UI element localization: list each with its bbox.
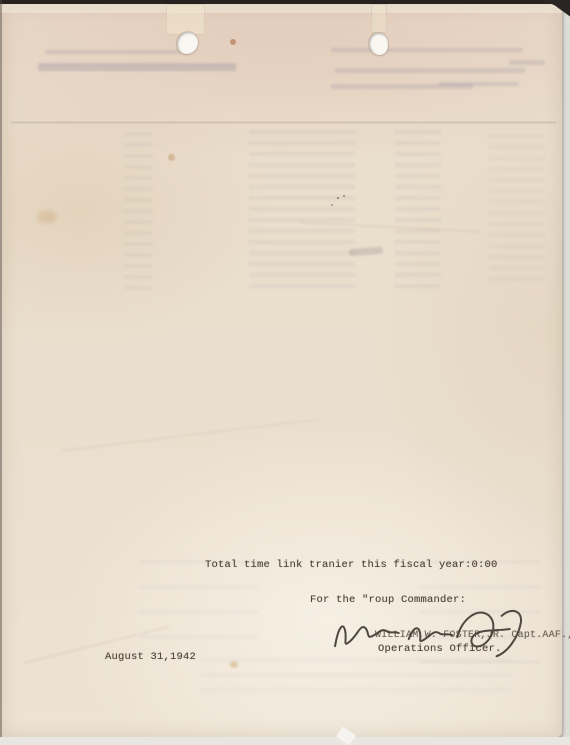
bleed-through-text <box>331 48 523 52</box>
stain <box>230 661 238 668</box>
scan-edge-left <box>0 0 2 745</box>
tape-remnant <box>166 4 205 35</box>
paper-crease <box>62 418 320 452</box>
pencil-smudge <box>349 247 383 256</box>
bleed-through-text <box>509 60 545 65</box>
bleed-through-column <box>139 560 259 648</box>
handwritten-signature <box>328 601 540 659</box>
bleed-through-text <box>439 82 519 86</box>
stain <box>37 210 57 224</box>
ink-speck <box>337 197 339 199</box>
stain <box>230 39 236 45</box>
scanned-document-view: Total time link tranier this fiscal year… <box>0 0 570 745</box>
total-time-line: Total time link tranier this fiscal year… <box>205 559 498 571</box>
scan-background-strip <box>0 737 570 745</box>
bleed-through-column <box>123 132 153 290</box>
punch-hole-left <box>177 32 198 54</box>
punch-hole-right <box>369 33 388 55</box>
tape-remnant <box>371 4 387 33</box>
ink-speck <box>331 204 333 206</box>
bleed-through-column <box>395 130 441 294</box>
document-page: Total time link tranier this fiscal year… <box>1 4 562 737</box>
bleed-through-text <box>38 63 236 71</box>
stain <box>168 154 175 161</box>
bleed-through-column <box>489 134 545 284</box>
bleed-through-column <box>201 658 513 702</box>
bleed-through-column <box>249 130 355 294</box>
bleed-through-text <box>335 68 525 73</box>
scan-edge-top <box>0 0 570 4</box>
bleed-through-text <box>45 50 181 54</box>
date-line: August 31,1942 <box>105 651 196 663</box>
faint-horizontal-rule <box>11 122 556 123</box>
paper-top-edge-highlight <box>1 4 562 13</box>
ink-speck <box>343 195 345 197</box>
